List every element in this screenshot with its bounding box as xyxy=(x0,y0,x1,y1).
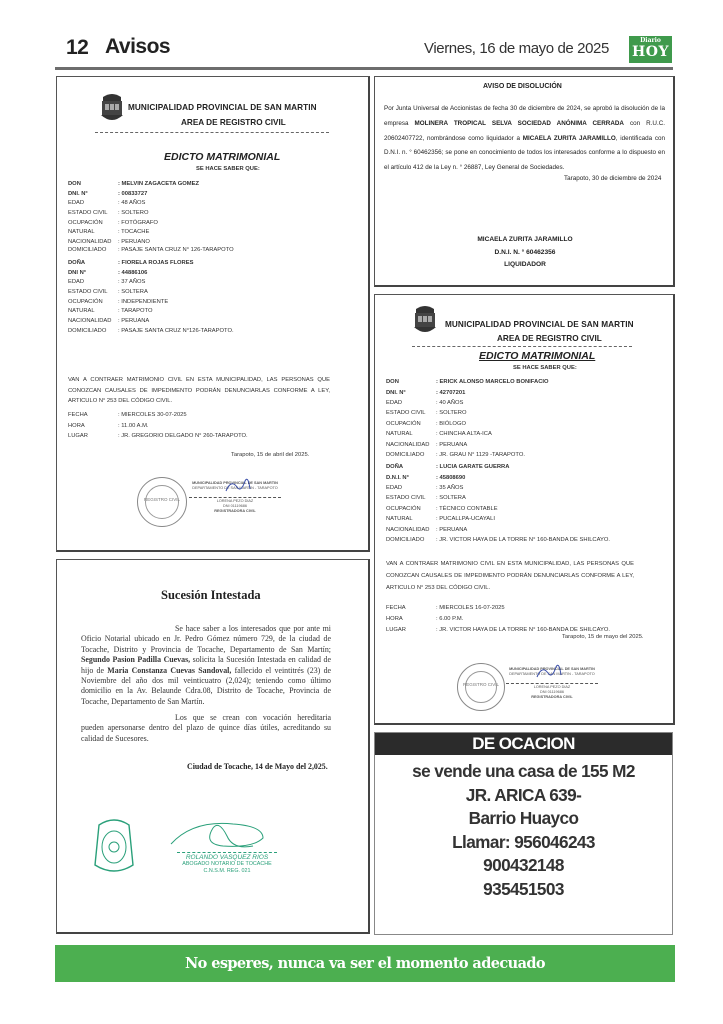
detail-row: ESTADO CIVIL: SOLTERO xyxy=(68,208,234,218)
groom-details: DON: MELVIN ZAGACETA GOMEZ DNI. N°: 0083… xyxy=(68,179,234,254)
issue-date: Viernes, 16 de mayo de 2025 xyxy=(424,40,609,57)
signature-scribble-icon xyxy=(534,663,564,681)
detail-row: LUGAR: JR. GREGORIO DELGADO N° 260-TARAP… xyxy=(68,431,248,442)
detail-row: DNI N°: 44886106 xyxy=(68,268,234,278)
detail-row: NATURAL: TOCACHE xyxy=(68,227,234,237)
newspaper-logo[interactable]: Diario HOY xyxy=(629,36,672,63)
bride-details: DOÑA: LUCIA GARATE GUERRA D.N.I. N°: 458… xyxy=(386,462,610,545)
notary-stamp: ROLANDO VASQUEZ RIOS ABOGADO NOTARIO DE … xyxy=(177,852,277,875)
detail-row: HORA: 6.00 P.M. xyxy=(386,614,610,625)
detail-row: ESTADO CIVIL: SOLTERA xyxy=(68,287,234,297)
classified-line: Barrio Huayco xyxy=(375,807,672,831)
crest-icon xyxy=(412,303,438,337)
event-details: FECHA: MIERCOLES 16-07-2025 HORA: 6.00 P… xyxy=(386,603,610,635)
detail-row: DOMICILIADO: JR. GRAU N° 1129 -TARAPOTO. xyxy=(386,450,549,460)
detail-row: DNI. N°: 00833727 xyxy=(68,189,234,199)
aviso-disolucion: AVISO DE DISOLUCIÓN Por Junta Universal … xyxy=(374,76,675,287)
banner-text: No esperes, nunca va ser el momento adec… xyxy=(185,955,545,972)
disolucion-place-date: Tarapoto, 30 de diciembre de 2024 xyxy=(564,175,661,182)
detail-row: HORA: 11.00 A.M. xyxy=(68,421,248,432)
edicto-matrimonial-2: MUNICIPALIDAD PROVINCIAL DE SAN MARTIN A… xyxy=(374,294,675,725)
detail-row: DOÑA: FIORELA ROJAS FLORES xyxy=(68,258,234,268)
place-date: Tarapoto, 15 de abril del 2025. xyxy=(231,452,309,458)
detail-row: DOMICILIADO: PASAJE SANTA CRUZ N°126-TAR… xyxy=(68,326,234,336)
classified-phone[interactable]: 935451503 xyxy=(375,878,672,902)
detail-row: NATURAL: CHINCHA ALTA-ICA xyxy=(386,429,549,439)
footer-banner: No esperes, nunca va ser el momento adec… xyxy=(55,945,675,982)
sucesion-paragraph-1: Se hace saber a los interesados que por … xyxy=(81,624,331,707)
detail-row: NACIONALIDAD: PERUANA xyxy=(386,439,549,449)
event-details: FECHA: MIERCOLES 30-07-2025 HORA: 11.00 … xyxy=(68,410,248,442)
classified-line: JR. ARICA 639- xyxy=(375,784,672,808)
groom-details: DON: ERICK ALONSO MARCELO BONIFACIO DNI.… xyxy=(386,377,549,460)
detail-row: DOÑA: LUCIA GARATE GUERRA xyxy=(386,462,610,472)
liquidator-signature: MICAELA ZURITA JARAMILLO D.N.I. N. ° 604… xyxy=(435,234,615,272)
crest-icon xyxy=(99,91,125,125)
detail-row: ESTADO CIVIL: SOLTERO xyxy=(386,408,549,418)
detail-row: EDAD: 40 AÑOS xyxy=(386,398,549,408)
detail-row: NATURAL: TARAPOTO xyxy=(68,306,234,316)
edicto-title: EDICTO MATRIMONIAL xyxy=(164,151,280,163)
registrar-signature: MUNICIPALIDAD PROVINCIAL DE SAN MARTIN D… xyxy=(189,481,281,514)
detail-row: DON: MELVIN ZAGACETA GOMEZ xyxy=(68,179,234,189)
classified-heading: DE OCACION xyxy=(375,733,672,755)
detail-row: DOMICILIADO: JR. VICTOR HAYA DE LA TORRE… xyxy=(386,535,610,545)
registrar-signature: MUNICIPALIDAD PROVINCIAL DE SAN MARTIN D… xyxy=(506,667,598,700)
registry-seal-icon: REGISTRO CIVIL xyxy=(457,663,505,711)
classified-de-ocasion: DE OCACION se vende una casa de 155 M2 J… xyxy=(374,732,673,935)
edicto-notice: VAN A CONTRAER MATRIMONIO CIVIL EN ESTA … xyxy=(386,558,634,594)
sucesion-paragraph-2: Los que se crean con vocación hereditari… xyxy=(81,713,331,744)
sucesion-title: Sucesión Intestada xyxy=(161,588,261,603)
detail-row: D.N.I. N°: 45808690 xyxy=(386,472,610,482)
header-divider xyxy=(55,67,673,70)
edicto-subtitle: SE HACE SABER QUE: xyxy=(513,365,577,371)
registry-seal-icon: REGISTRO CIVIL xyxy=(137,477,187,527)
institution-name: MUNICIPALIDAD PROVINCIAL DE SAN MARTIN xyxy=(445,320,634,329)
detail-row: OCUPACIÓN: INDEPENDIENTE xyxy=(68,297,234,307)
detail-row: DOMICILIADO: PASAJE SANTA CRUZ N° 126-TA… xyxy=(68,247,234,254)
detail-row: DON: ERICK ALONSO MARCELO BONIFACIO xyxy=(386,377,549,387)
notary-signature-icon xyxy=(163,816,283,856)
notary-seal-icon xyxy=(91,815,137,875)
disolucion-body: Por Junta Universal de Accionistas de fe… xyxy=(384,102,665,176)
detail-row: NATURAL: PUCALLPA-UCAYALI xyxy=(386,514,610,524)
section-title: Avisos xyxy=(105,35,170,59)
disolucion-title: AVISO DE DISOLUCIÓN xyxy=(483,83,562,90)
classified-line: se vende una casa de 155 M2 xyxy=(375,760,672,784)
classified-body: se vende una casa de 155 M2 JR. ARICA 63… xyxy=(375,760,672,902)
detail-row: NACIONALIDAD: PERUANA xyxy=(386,524,610,534)
sucesion-intestada: Sucesión Intestada Se hace saber a los i… xyxy=(56,559,370,934)
detail-row: OCUPACIÓN: TÉCNICO CONTABLE xyxy=(386,504,610,514)
edicto-matrimonial-1: MUNICIPALIDAD PROVINCIAL DE SAN MARTIN A… xyxy=(56,76,370,552)
institution-name: MUNICIPALIDAD PROVINCIAL DE SAN MARTIN xyxy=(128,103,317,112)
detail-row: DNI. N°: 42707201 xyxy=(386,387,549,397)
bride-details: DOÑA: FIORELA ROJAS FLORES DNI N°: 44886… xyxy=(68,258,234,336)
page-number: 12 xyxy=(66,36,88,60)
detail-row: EDAD: 35 AÑOS xyxy=(386,483,610,493)
detail-row: OCUPACIÓN: FOTÓGRAFO xyxy=(68,218,234,228)
detail-row: ESTADO CIVIL: SOLTERA xyxy=(386,493,610,503)
signature-scribble-icon xyxy=(223,477,253,495)
department-name: AREA DE REGISTRO CIVIL xyxy=(497,334,602,343)
edicto-subtitle: SE HACE SABER QUE: xyxy=(196,166,260,172)
header-dashed-line xyxy=(412,346,632,347)
detail-row: FECHA: MIERCOLES 30-07-2025 xyxy=(68,410,248,421)
classified-phone[interactable]: Llamar: 956046243 xyxy=(375,831,672,855)
logo-big-text: HOY xyxy=(629,45,672,60)
detail-row: FECHA: MIERCOLES 16-07-2025 xyxy=(386,603,610,614)
detail-row: NACIONALIDAD: PERUANA xyxy=(68,316,234,326)
edicto-notice: VAN A CONTRAER MATRIMONIO CIVIL EN ESTA … xyxy=(68,375,330,407)
classified-phone[interactable]: 900432148 xyxy=(375,854,672,878)
detail-row: EDAD: 37 AÑOS xyxy=(68,277,234,287)
detail-row: OCUPACIÓN: BIÓLOGO xyxy=(386,419,549,429)
sucesion-place-date: Ciudad de Tocache, 14 de Mayo del 2,025. xyxy=(187,762,328,771)
header-dashed-line xyxy=(95,132,329,133)
edicto-title: EDICTO MATRIMONIAL xyxy=(479,350,595,362)
place-date: Tarapoto, 15 de mayo del 2025. xyxy=(562,634,644,640)
department-name: AREA DE REGISTRO CIVIL xyxy=(181,118,286,127)
detail-row: EDAD: 48 AÑOS xyxy=(68,198,234,208)
detail-row: NACIONALIDAD: PERUANO xyxy=(68,237,234,247)
